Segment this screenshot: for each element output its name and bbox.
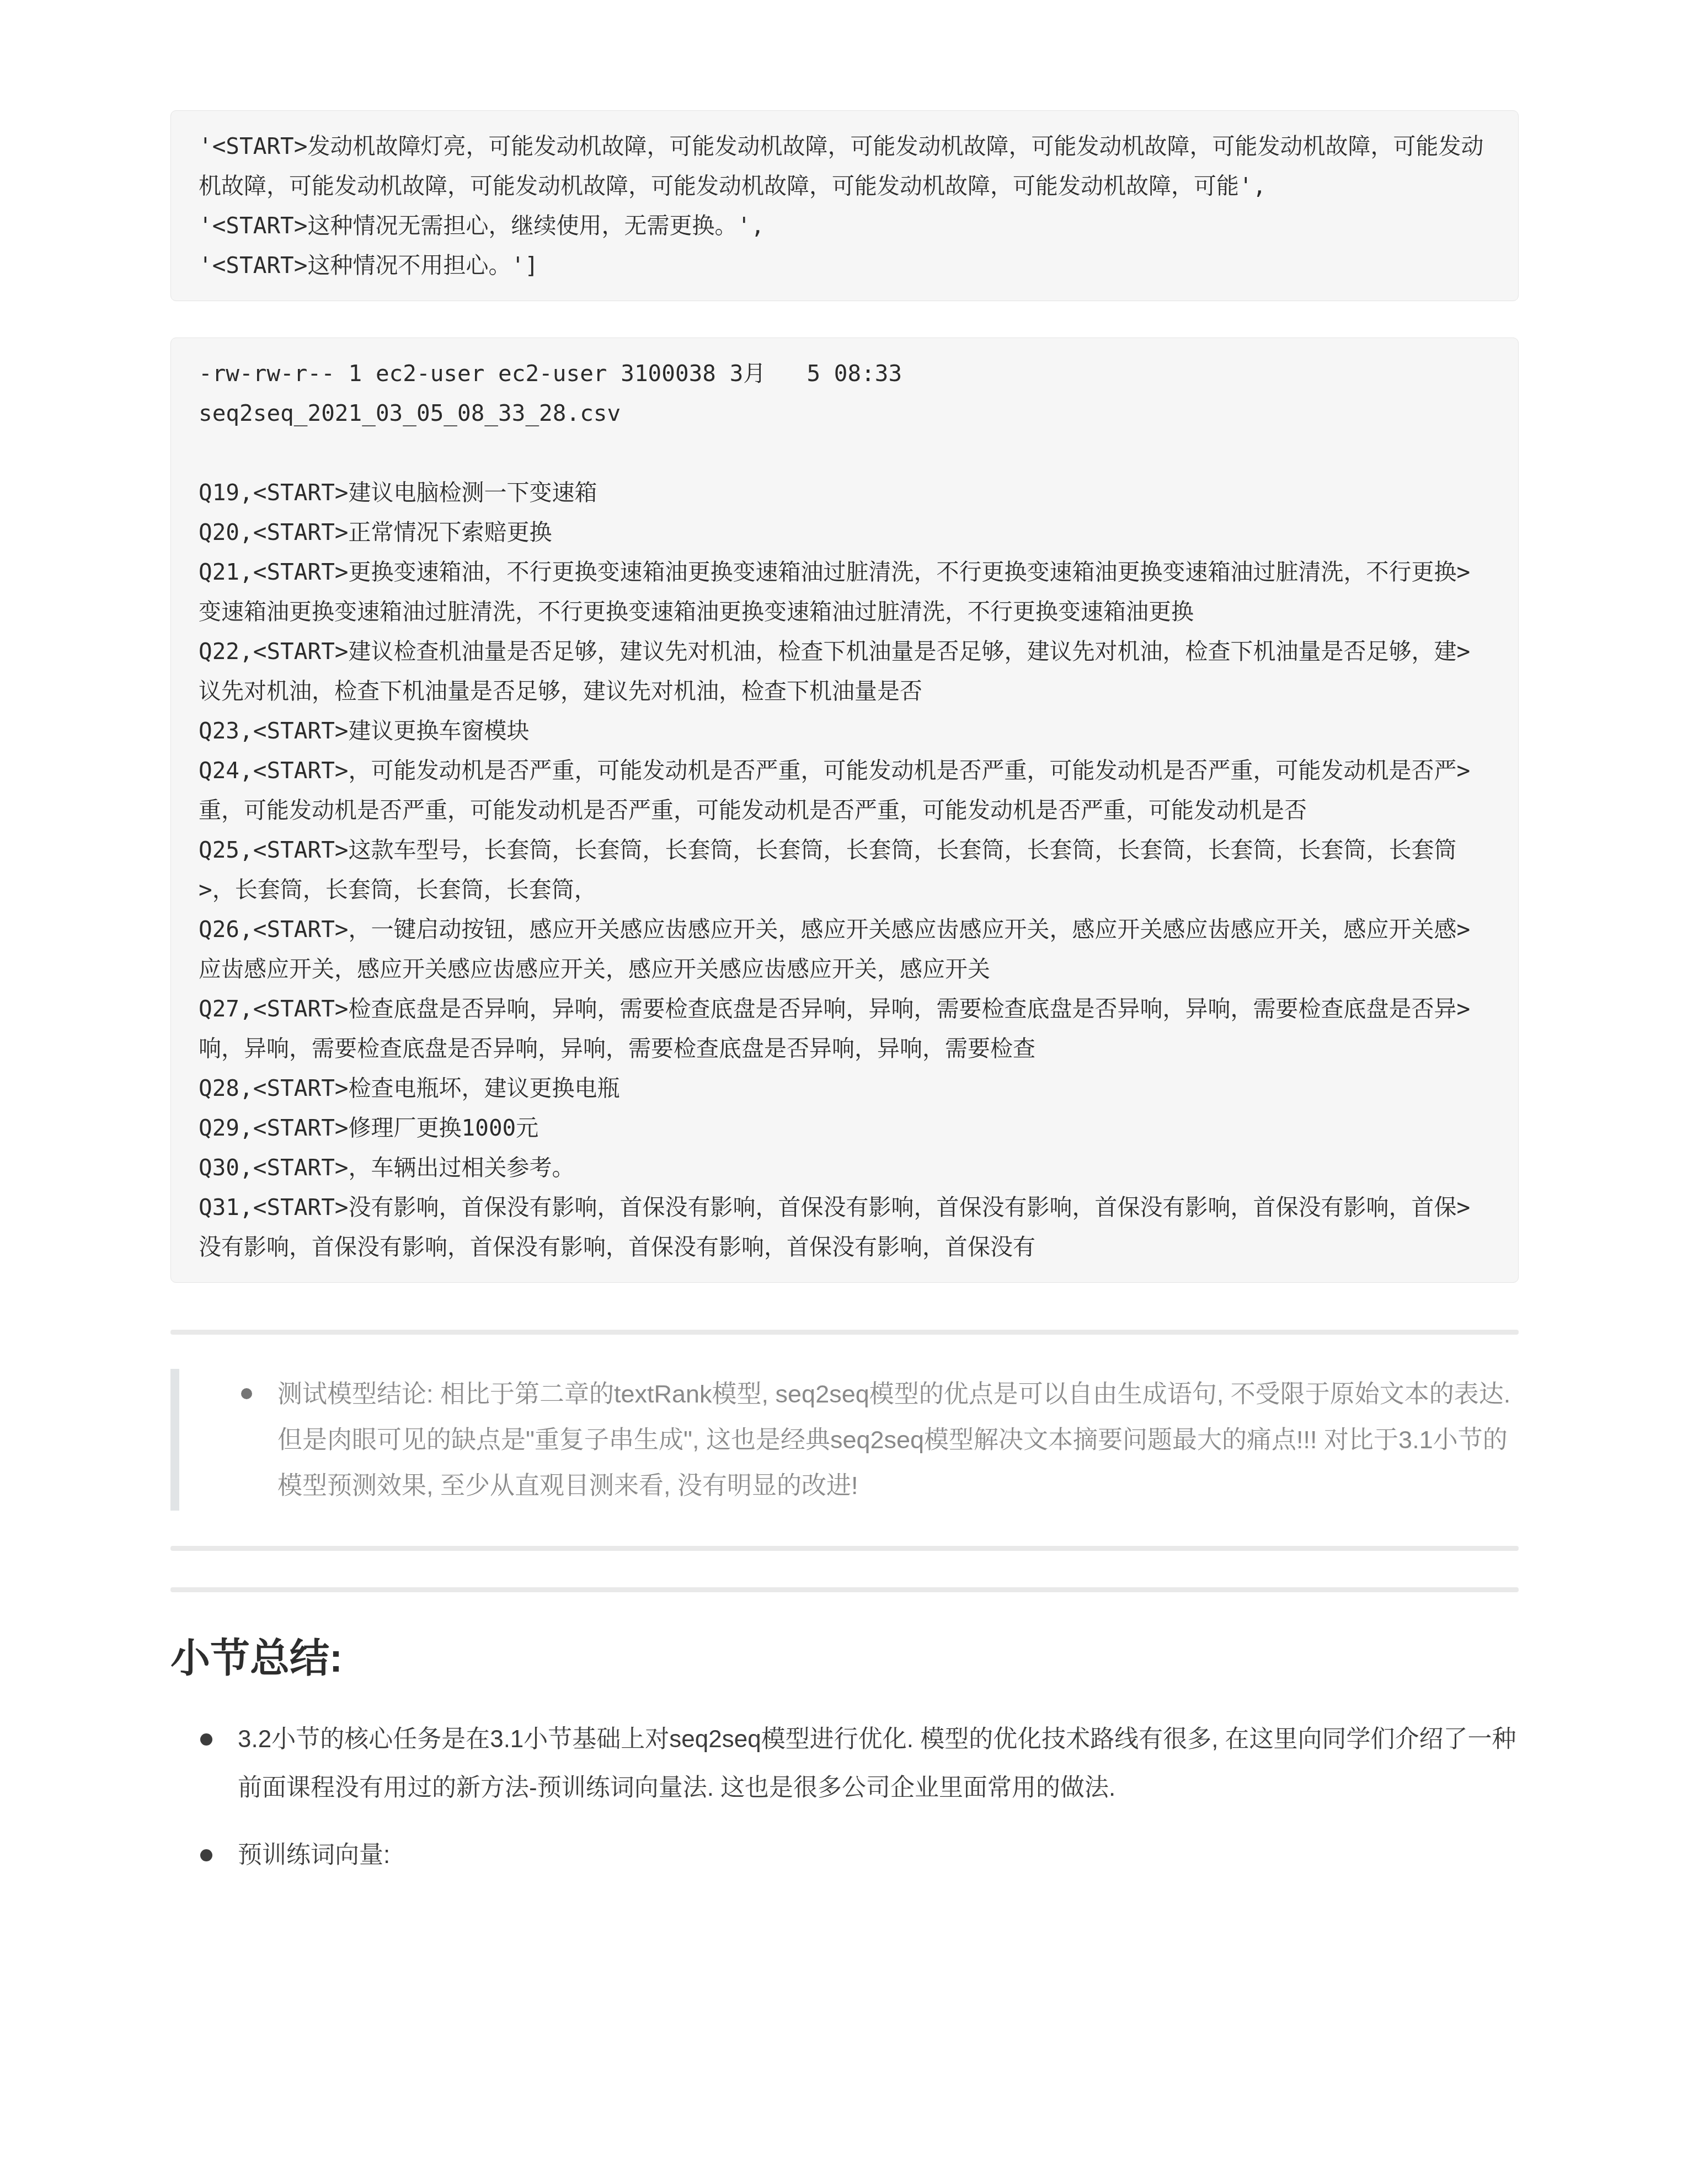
list-item: 3.2小节的核心任务是在3.1小节基础上对seq2seq模型进行优化. 模型的优… — [170, 1715, 1519, 1812]
code-output-block-predictions: '<START>发动机故障灯亮，可能发动机故障，可能发动机故障，可能发动机故障，… — [170, 110, 1519, 301]
bullet-icon — [200, 1849, 212, 1861]
list-item: 预训练词向量: — [170, 1831, 1519, 1880]
summary-item-text: 3.2小节的核心任务是在3.1小节基础上对seq2seq模型进行优化. 模型的优… — [238, 1715, 1518, 1812]
summary-list: 3.2小节的核心任务是在3.1小节基础上对seq2seq模型进行优化. 模型的优… — [170, 1715, 1519, 1880]
section-heading: 小节总结: — [170, 1635, 1519, 1682]
code-output-block-csv-listing: -rw-rw-r-- 1 ec2-user ec2-user 3100038 3… — [170, 338, 1519, 1283]
cell-divider-top — [170, 1330, 1519, 1335]
notebook-page: '<START>发动机故障灯亮，可能发动机故障，可能发动机故障，可能发动机故障，… — [0, 0, 1688, 2064]
cell-divider-bottom — [170, 1587, 1519, 1592]
model-conclusion-text: 测试模型结论: 相比于第二章的textRank模型, seq2seq模型的优点是… — [277, 1371, 1513, 1508]
list-item: 测试模型结论: 相比于第二章的textRank模型, seq2seq模型的优点是… — [179, 1371, 1519, 1508]
bullet-icon — [241, 1388, 252, 1399]
bullet-icon — [200, 1733, 212, 1746]
cell-divider-middle — [170, 1546, 1519, 1551]
summary-item-text: 预训练词向量: — [238, 1831, 390, 1880]
note-blockquote: 测试模型结论: 相比于第二章的textRank模型, seq2seq模型的优点是… — [170, 1369, 1519, 1511]
